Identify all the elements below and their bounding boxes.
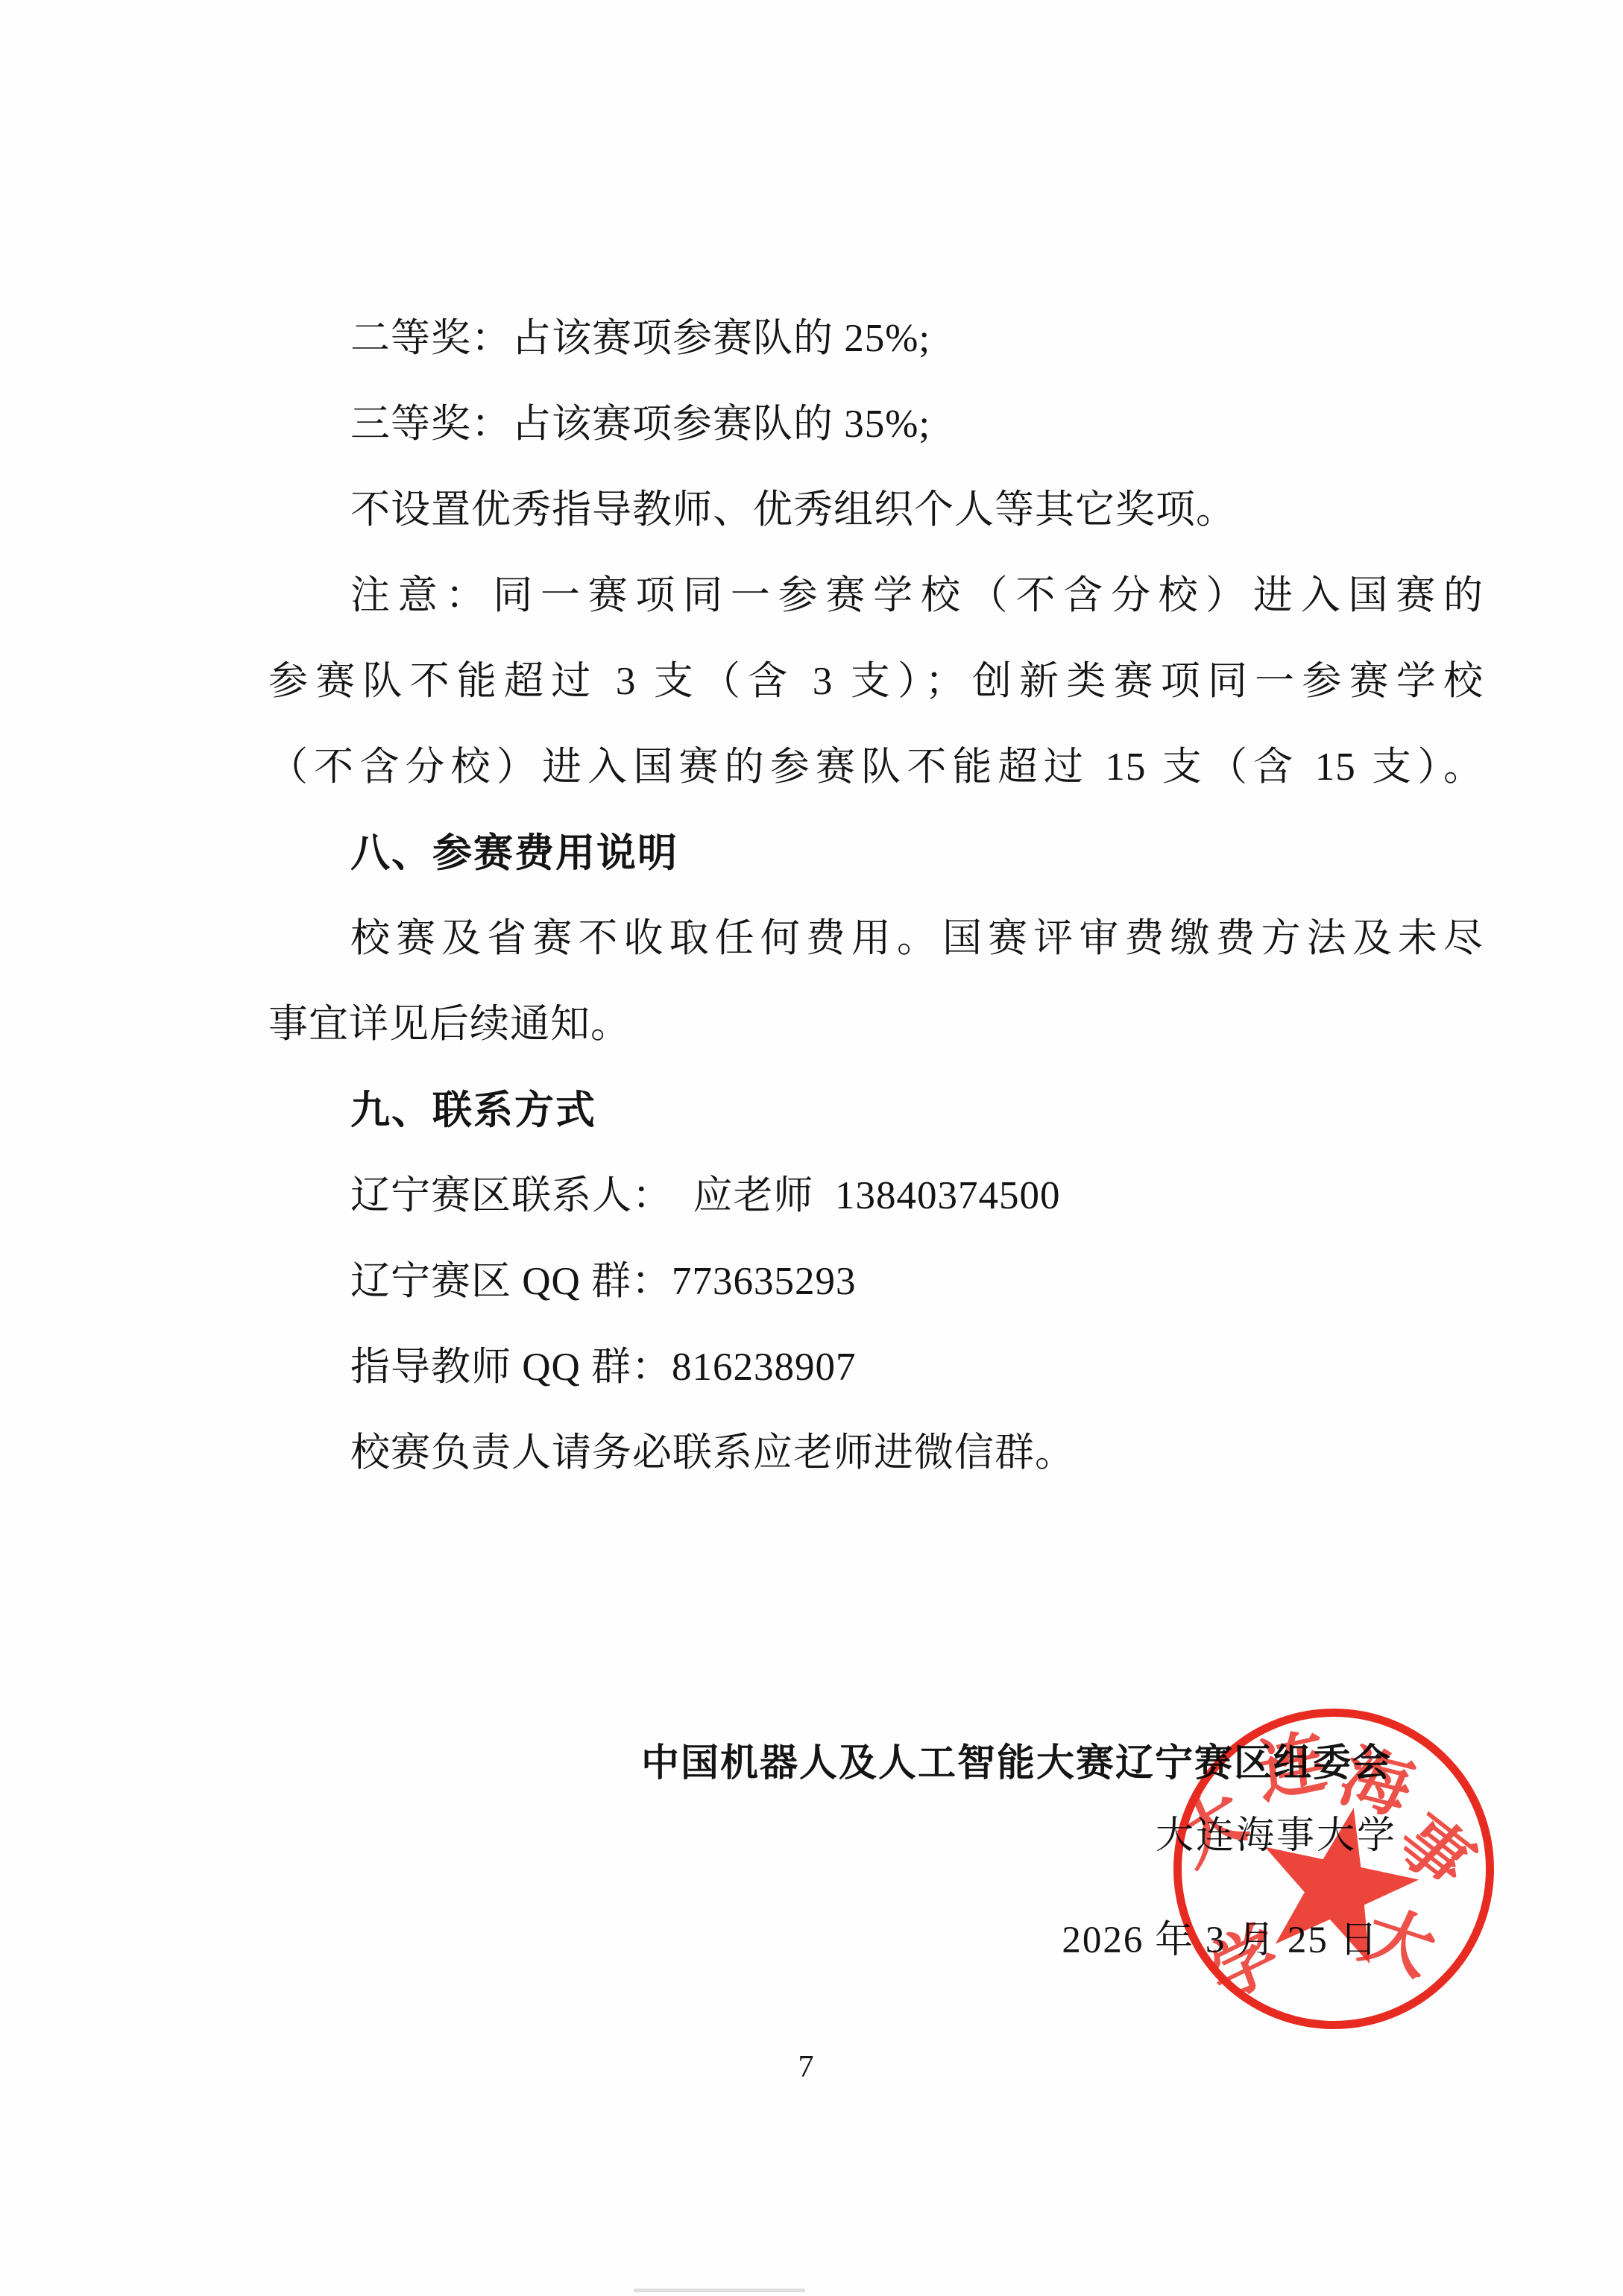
paragraph-region-qq-group: 辽宁赛区 QQ 群：773635293 <box>268 1239 1484 1325</box>
section-heading-contact: 九、联系方式 <box>268 1067 1484 1153</box>
paragraph-teacher-qq-group: 指导教师 QQ 群：816238907 <box>268 1325 1484 1410</box>
paragraph-notice-line2: 参赛队不能超过 3 支（含 3 支）；创新类赛项同一参赛学校 <box>268 639 1484 725</box>
paragraph-fees-line1: 校赛及省赛不收取任何费用。国赛评审费缴费方法及未尽 <box>268 896 1484 982</box>
document-page: 二等奖：占该赛项参赛队的 25%; 三等奖：占该赛项参赛队的 35%; 不设置优… <box>0 0 1623 2296</box>
paragraph-no-other-awards: 不设置优秀指导教师、优秀组织个人等其它奖项。 <box>268 467 1484 553</box>
paragraph-contact-person: 辽宁赛区联系人： 应老师 13840374500 <box>268 1153 1484 1239</box>
paragraph-fees-line2: 事宜详见后续通知。 <box>268 982 1484 1067</box>
page-number: 7 <box>798 2049 814 2086</box>
paragraph-wechat-note: 校赛负责人请务必联系应老师进微信群。 <box>268 1410 1484 1496</box>
paragraph-second-prize: 二等奖：占该赛项参赛队的 25%; <box>268 296 1484 382</box>
paragraph-notice-line1: 注意：同一赛项同一参赛学校（不含分校）进入国赛的 <box>268 553 1484 639</box>
section-heading-fees: 八、参赛费用说明 <box>268 810 1484 896</box>
paragraph-third-prize: 三等奖：占该赛项参赛队的 35%; <box>268 382 1484 467</box>
paragraph-notice-line3: （不含分校）进入国赛的参赛队不能超过 15 支（含 15 支）。 <box>268 725 1484 810</box>
university-seal-stamp: 大 连 海 事 大 学 <box>1173 1709 1494 2029</box>
document-body: 二等奖：占该赛项参赛队的 25%; 三等奖：占该赛项参赛队的 35%; 不设置优… <box>268 296 1484 1496</box>
seal-character: 连 <box>1255 1725 1330 1808</box>
scan-artifact-line <box>634 2289 805 2292</box>
